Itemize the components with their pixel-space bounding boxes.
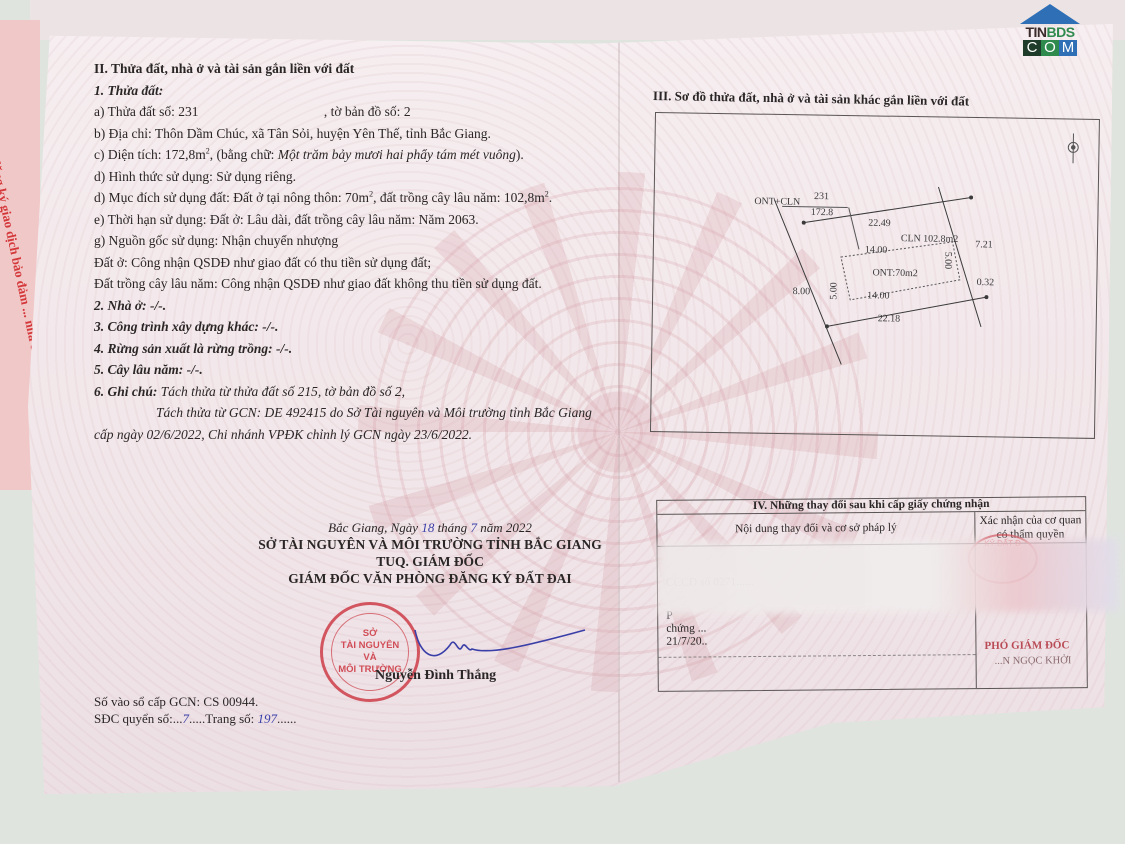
- parcel-number: 231: [178, 104, 198, 119]
- tuq-line: TUQ. GIÁM ĐỐC: [240, 553, 620, 570]
- notes-line-3: cấp ngày 02/6/2022, Chi nhánh VPĐK chỉnh…: [94, 424, 614, 446]
- address-line: b) Địa chỉ: Thôn Dầm Chúc, xã Tân Sỏi, h…: [94, 123, 614, 145]
- signing-month: 7: [470, 520, 477, 535]
- svg-text:231: 231: [814, 191, 829, 202]
- svg-text:172.8: 172.8: [811, 207, 834, 218]
- signing-day: 18: [421, 520, 434, 535]
- area-line: c) Diện tích: 172,8m2, (bằng chữ: Một tr…: [94, 144, 614, 166]
- map-sheet-number: 2: [404, 104, 411, 119]
- svg-text:22.18: 22.18: [878, 313, 901, 324]
- usage-form-line: d) Hình thức sử dụng: Sử dụng riêng.: [94, 166, 614, 188]
- notes-line: 6. Ghi chú: Tách thửa từ thửa đất số 215…: [94, 381, 614, 403]
- svg-text:0.32: 0.32: [977, 277, 995, 288]
- parcel-number-line: a) Thửa đất số: 231 , tờ bản đồ số: 2: [94, 101, 614, 123]
- other-construction-line: 3. Công trình xây dựng khác: -/-.: [94, 316, 614, 338]
- sdc-page-number: 197: [258, 711, 278, 726]
- north-arrow-icon: [1068, 133, 1078, 163]
- page-fold: [618, 42, 620, 782]
- signature-scribble: [410, 625, 590, 670]
- residential-recognition-line: Đất ở: Công nhận QSDĐ như giao đất có th…: [94, 252, 614, 274]
- official-red-stamp: SỞ TÀI NGUYÊN VÀ MÔI TRƯỜNG: [320, 602, 420, 702]
- signer-name: Nguyễn Đình Thắng: [375, 668, 496, 684]
- signing-block: Bắc Giang, Ngày 18 tháng 7 năm 2022 SỞ T…: [240, 520, 620, 587]
- land-subheading: 1. Thửa đất:: [94, 80, 614, 102]
- entry-separator: [659, 654, 976, 658]
- registry-info: Số vào sổ cấp GCN: CS 00944. SĐC quyển s…: [94, 693, 297, 727]
- section2-title: II. Thửa đất, nhà ở và tài sản gắn liền …: [94, 58, 614, 80]
- issuing-org: SỞ TÀI NGUYÊN VÀ MÔI TRƯỜNG TỈNH BẮC GIA…: [240, 536, 620, 553]
- gcn-register-number: Số vào sổ cấp GCN: CS 00944.: [94, 693, 297, 710]
- forest-line: 4. Rừng sản xuất là rừng trồng: -/-.: [94, 338, 614, 360]
- signing-date: Bắc Giang, Ngày 18 tháng 7 năm 2022: [240, 520, 620, 536]
- area-in-words: Một trăm bảy mươi hai phẩy tám mét vuông: [278, 147, 516, 162]
- parcel-diagram-drawing: ONT+CLN 231 172.8 22.49 CLN 102.8m2 7.21…: [651, 113, 1099, 438]
- usage-purpose-line: d) Mục đích sử dụng đất: Đất ở tại nông …: [94, 187, 614, 209]
- house-line: 2. Nhà ở: -/-.: [94, 295, 614, 317]
- house-roof-icon: [1020, 4, 1080, 24]
- approver-title: PHÓ GIÁM ĐỐC: [984, 639, 1069, 652]
- signer-role: GIÁM ĐỐC VĂN PHÒNG ĐĂNG KÝ ĐẤT ĐAI: [240, 570, 620, 587]
- svg-text:14.00: 14.00: [865, 244, 888, 255]
- svg-text:CLN 102.8m2: CLN 102.8m2: [901, 233, 959, 245]
- perennial-recognition-line: Đất trồng cây lâu năm: Công nhận QSDĐ nh…: [94, 273, 614, 295]
- svg-text:22.49: 22.49: [868, 218, 891, 229]
- redacted-area: [658, 539, 1119, 615]
- sdc-line: SĐC quyển số:...7.....Trang số: 197.....…: [94, 710, 297, 727]
- svg-text:ONT:70m2: ONT:70m2: [872, 267, 917, 279]
- svg-text:ONT+CLN: ONT+CLN: [754, 196, 800, 208]
- svg-text:8.00: 8.00: [793, 286, 811, 297]
- approver-name: ...N NGỌC KHỞI: [995, 655, 1072, 667]
- parcel-diagram: ONT+CLN 231 172.8 22.49 CLN 102.8m2 7.21…: [650, 112, 1100, 439]
- svg-text:5.00: 5.00: [828, 282, 839, 300]
- svg-text:5.00: 5.00: [942, 252, 953, 270]
- tinbds-watermark-logo: TINBDS C O M: [1020, 4, 1080, 62]
- usage-origin-line: g) Nguồn gốc sử dụng: Nhận chuyển nhượng: [94, 230, 614, 252]
- svg-text:7.21: 7.21: [975, 239, 993, 250]
- usage-term-line: e) Thời hạn sử dụng: Đất ở: Lâu dài, đất…: [94, 209, 614, 231]
- section-land-details: II. Thửa đất, nhà ở và tài sản gắn liền …: [94, 58, 614, 445]
- changes-table: IV. Những thay đổi sau khi cấp giấy chứn…: [656, 496, 1088, 692]
- notes-line-2: Tách thửa từ GCN: DE 492415 do Sở Tài ng…: [94, 402, 614, 424]
- perennial-trees-line: 5. Cây lâu năm: -/-.: [94, 359, 614, 381]
- svg-text:14.00: 14.00: [867, 290, 890, 301]
